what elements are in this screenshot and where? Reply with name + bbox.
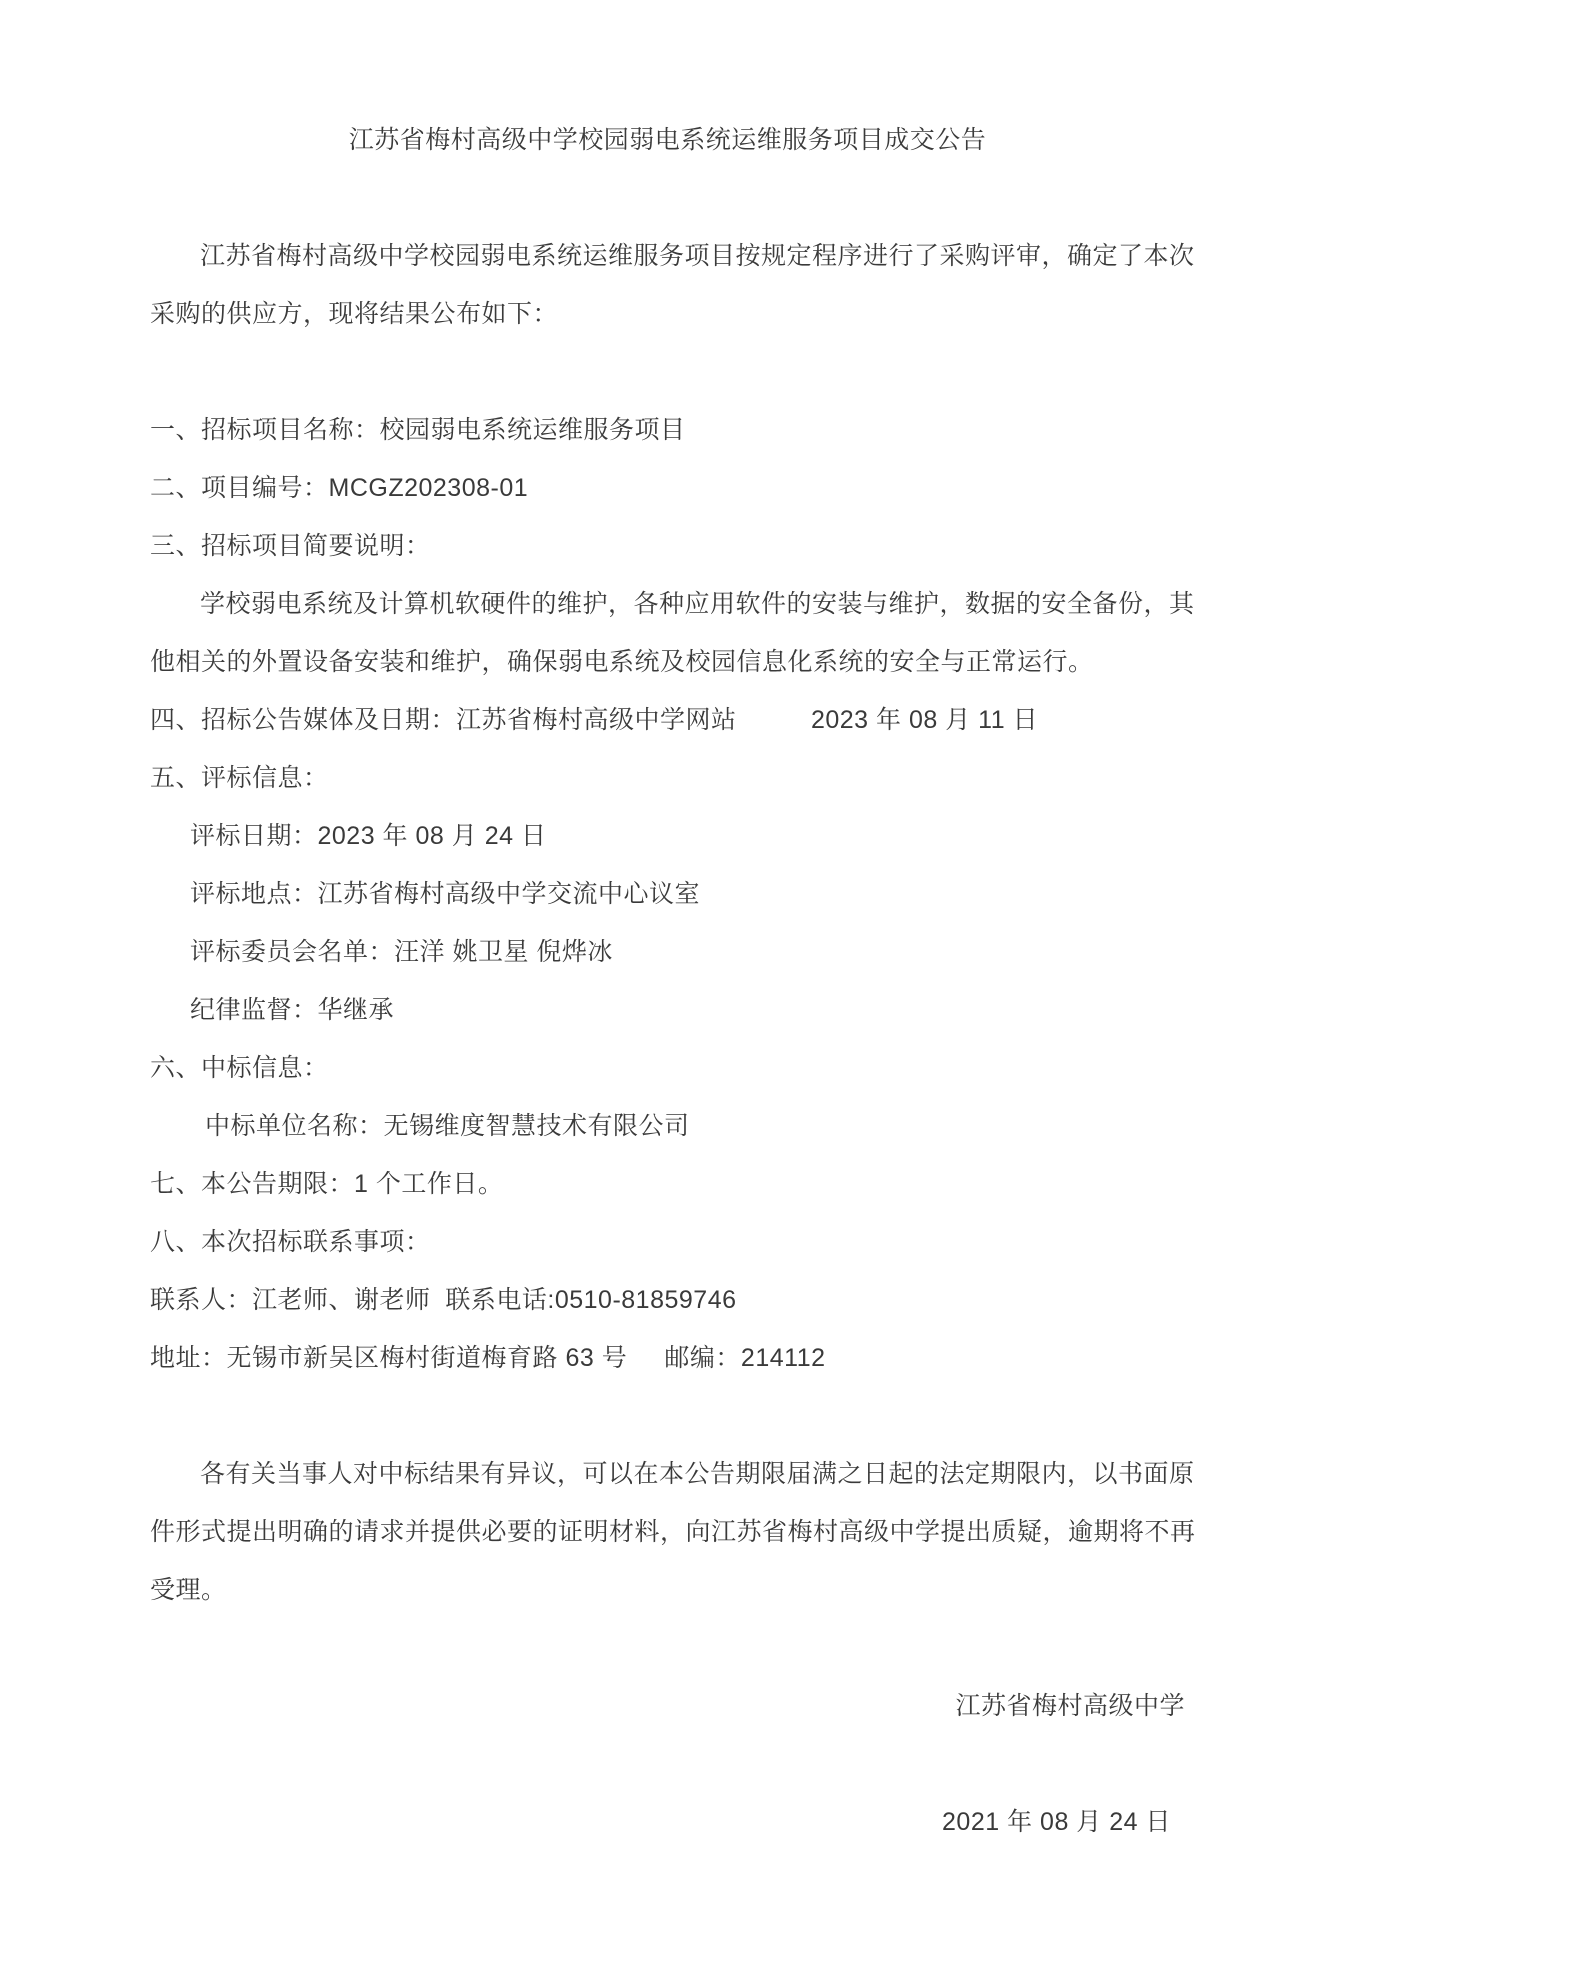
document-content: 江苏省梅村高级中学校园弱电系统运维服务项目成交公告 江苏省梅村高级中学校园弱电系… (150, 111, 1185, 1851)
signature-date: 2021 年 08 月 24 日 (150, 1793, 1185, 1851)
item-evaluation-heading: 五、评标信息： (150, 749, 1185, 807)
brief-description-line-2: 他相关的外置设备安装和维护，确保弱电系统及校园信息化系统的安全与正常运行。 (150, 633, 1185, 691)
contact-person: 联系人：江老师、谢老师 联系电话:0510-81859746 (150, 1271, 1185, 1329)
item-project-number: 二、项目编号：MCGZ202308-01 (150, 459, 1185, 517)
signature-org: 江苏省梅村高级中学 (150, 1677, 1185, 1735)
closing-paragraph-line-1: 各有关当事人对中标结果有异议，可以在本公告期限届满之日起的法定期限内，以书面原 (150, 1445, 1185, 1503)
brief-description-line-1: 学校弱电系统及计算机软硬件的维护，各种应用软件的安装与维护，数据的安全备份，其 (150, 575, 1185, 633)
blank-line (150, 169, 1185, 227)
document-page: 江苏省梅村高级中学校园弱电系统运维服务项目成交公告 江苏省梅村高级中学校园弱电系… (0, 0, 1587, 1979)
intro-paragraph-line-2: 采购的供应方，现将结果公布如下： (150, 285, 1185, 343)
intro-paragraph-line-1: 江苏省梅村高级中学校园弱电系统运维服务项目按规定程序进行了采购评审，确定了本次 (150, 227, 1185, 285)
blank-line (150, 1619, 1185, 1677)
contact-address: 地址：无锡市新吴区梅村街道梅育路 63 号 邮编：214112 (150, 1329, 1185, 1387)
closing-paragraph-line-2: 件形式提出明确的请求并提供必要的证明材料，向江苏省梅村高级中学提出质疑，逾期将不… (150, 1503, 1185, 1561)
evaluation-place: 评标地点：江苏省梅村高级中学交流中心议室 (150, 865, 1185, 923)
award-company: 中标单位名称：无锡维度智慧技术有限公司 (150, 1097, 1185, 1155)
blank-line (150, 1387, 1185, 1445)
item-award-heading: 六、中标信息： (150, 1039, 1185, 1097)
evaluation-date: 评标日期：2023 年 08 月 24 日 (150, 807, 1185, 865)
blank-line (150, 343, 1185, 401)
blank-line (150, 1735, 1185, 1793)
document-title: 江苏省梅村高级中学校园弱电系统运维服务项目成交公告 (150, 111, 1185, 169)
discipline-supervisor: 纪律监督：华继承 (150, 981, 1185, 1039)
item-announcement-media: 四、招标公告媒体及日期：江苏省梅村高级中学网站 2023 年 08 月 11 日 (150, 691, 1185, 749)
item-brief-heading: 三、招标项目简要说明： (150, 517, 1185, 575)
item-announcement-period: 七、本公告期限：1 个工作日。 (150, 1155, 1185, 1213)
item-project-name: 一、招标项目名称：校园弱电系统运维服务项目 (150, 401, 1185, 459)
evaluation-committee: 评标委员会名单：汪洋 姚卫星 倪烨冰 (150, 923, 1185, 981)
item-contact-heading: 八、本次招标联系事项： (150, 1213, 1185, 1271)
closing-paragraph-line-3: 受理。 (150, 1561, 1185, 1619)
